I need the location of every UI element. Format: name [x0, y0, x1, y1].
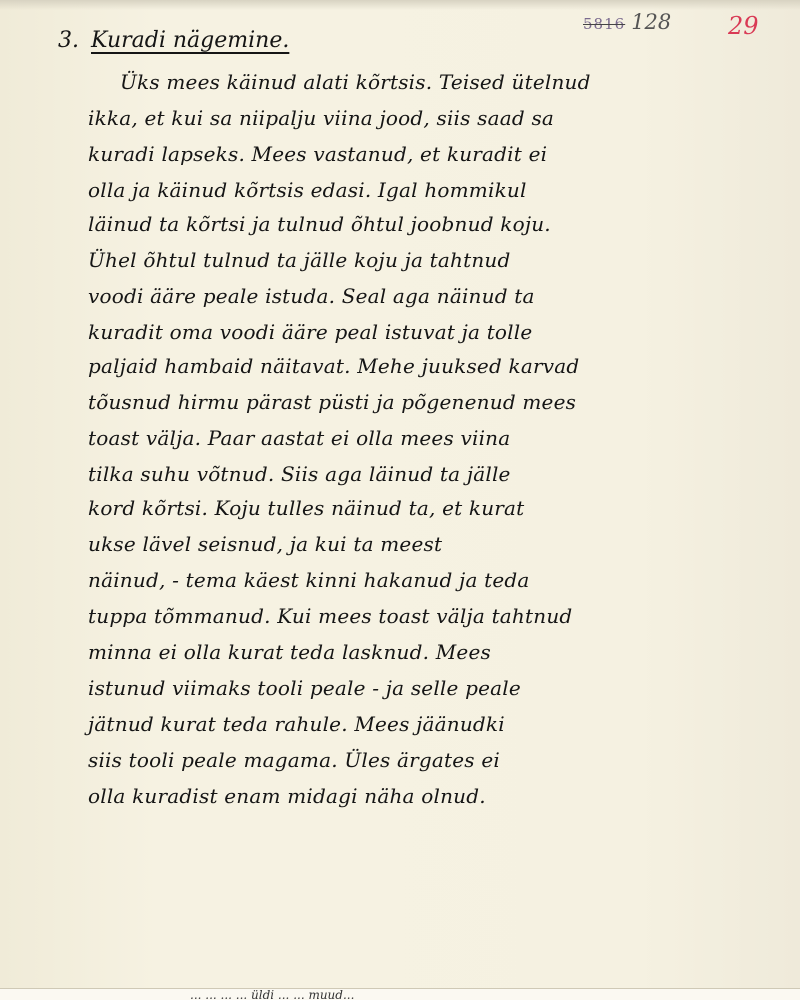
text-line: jätnud kurat teda rahule. Mees jäänudki [88, 712, 505, 736]
story-title: Kuradi nägemine. [91, 28, 289, 53]
text-line: siis tooli peale magama. Üles ärgates ei [88, 748, 500, 772]
text-line: tilka suhu võtnud. Siis aga läinud ta jä… [88, 462, 511, 486]
text-line: läinud ta kõrtsi ja tulnud õhtul joobnud… [88, 212, 551, 236]
text-line: voodi ääre peale istuda. Seal aga näinud… [88, 284, 535, 308]
text-line: kuradit oma voodi ääre peal istuvat ja t… [88, 320, 532, 344]
text-line: näinud, - tema käest kinni hakanud ja te… [88, 568, 530, 592]
story-number: 3. [58, 28, 79, 53]
archive-number-new: 128 [631, 10, 671, 34]
text-line: kord kõrtsi. Koju tulles näinud ta, et k… [88, 496, 524, 520]
text-line: tõusnud hirmu pärast püsti ja põgenenud … [88, 390, 576, 414]
text-line: istunud viimaks tooli peale - ja selle p… [88, 676, 521, 700]
text-line: minna ei olla kurat teda lasknud. Mees [88, 640, 491, 664]
text-line: kuradi lapseks. Mees vastanud, et kuradi… [88, 142, 547, 166]
text-line: tuppa tõmmanud. Kui mees toast välja tah… [88, 604, 572, 628]
page-number-red: 29 [728, 12, 759, 40]
page-top-shadow [0, 0, 800, 10]
text-line: toast välja. Paar aastat ei olla mees vi… [88, 426, 510, 450]
next-page-bleed-text: ... ... ... ... üldi ... ... muud... [190, 990, 750, 1000]
manuscript-page: 5816 128 29 3. Kuradi nägemine. Üks mees… [0, 0, 800, 990]
text-line: paljaid hambaid näitavat. Mehe juuksed k… [88, 354, 579, 378]
archive-number: 5816 128 [583, 10, 671, 34]
text-line: Üks mees käinud alati kõrtsis. Teised üt… [120, 70, 591, 94]
story-heading: 3. Kuradi nägemine. [58, 28, 289, 53]
text-line: olla ja käinud kõrtsis edasi. Igal hommi… [88, 178, 527, 202]
text-line: olla kuradist enam midagi näha olnud. [88, 784, 486, 808]
text-line: ukse lävel seisnud, ja kui ta meest [88, 532, 442, 556]
text-line: ikka, et kui sa niipalju viina jood, sii… [88, 106, 554, 130]
text-line: Ühel õhtul tulnud ta jälle koju ja tahtn… [88, 248, 511, 272]
archive-number-old-struck: 5816 [583, 15, 625, 33]
